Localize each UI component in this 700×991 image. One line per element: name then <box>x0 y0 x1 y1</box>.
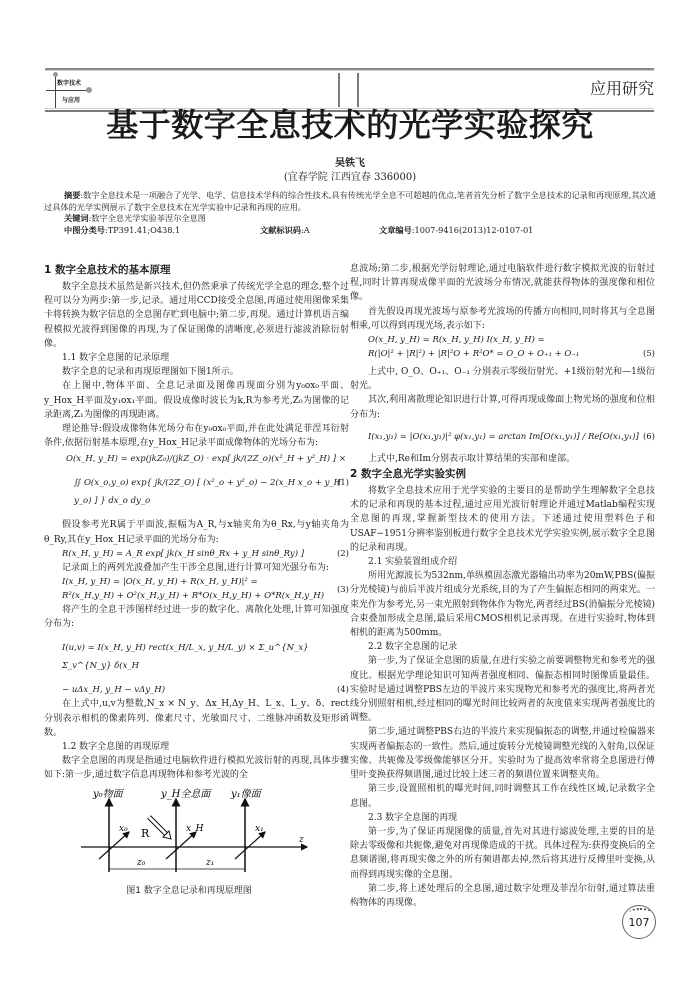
equation-number: (6) <box>643 428 655 446</box>
equation-number: (2) <box>337 547 349 561</box>
equation-6: I(x₁,y₁) = |O(x₁,y₁)|² φ(x₁,y₁) = arctan… <box>350 428 655 446</box>
svg-text:z₀: z₀ <box>136 858 146 868</box>
logo-dot-icon <box>86 87 92 93</box>
keywords-text: :数字全息光学实验菲涅尔全息图 <box>89 213 206 223</box>
label-object-plane: y₀物面 <box>92 788 125 800</box>
equation-text: − uΔx_H, y_H − vΔy_H) <box>62 685 165 695</box>
author-name: 吴铁飞 <box>0 154 700 169</box>
article-no-value: :1007-9416(2013)12-0107-01 <box>412 225 534 235</box>
right-column: 息波场;第二步,根据光学衍射理论,通过电脑软件进行数字模拟光波的衍射过程,同时计… <box>350 262 655 910</box>
clc-label: 中图分类号 <box>64 225 105 235</box>
paragraph: 在上图中,物体平面、全息记录面及图像再现面分别为y₀ox₀平面、y_Hox_H平… <box>44 379 349 422</box>
label-hologram-plane: y_H全息面 <box>160 788 212 800</box>
subsection-heading: 2.1 实验装置组成介绍 <box>350 555 655 569</box>
paragraph: 第一步,为了保证再现图像的质量,首先对其进行滤波处理,主要的目的是除去零级像和共… <box>350 825 655 882</box>
abstract-label: 摘要 <box>64 190 80 200</box>
equation-text: R²(x_H,y_H) + O²(x_H,y_H) + R*O(x_H,y_H)… <box>62 591 324 601</box>
section-label: 应用研究 <box>590 76 654 99</box>
section-heading: 2 数字全息光学实验实例 <box>350 466 655 482</box>
paragraph: 假设参考光R属于平面波,振幅为A_R,与x轴夹角为θ_Rx,与y轴夹角为θ_Ry… <box>44 518 349 546</box>
paragraph: 第二步,将上述处理后的全息图,通过数字处理及菲涅尔衍射,通过算法重构物体的再现像… <box>350 882 655 910</box>
equation-number: (3) <box>337 583 349 597</box>
journal-name-line1: 数字技术 <box>57 78 81 87</box>
equation-5b: R(|O|² + |R|²) + |R|²O + R²O* = O_O + O₊… <box>350 347 655 361</box>
hologram-setup-diagram: y₀物面 y_H全息面 y₁像面 x₀ x_H x₁ R z z₀ z₁ <box>79 787 309 877</box>
paragraph: 第三步,设置照相机的曝光时间,同时调整其工作在线性区域,记录数字全息图。 <box>350 782 655 810</box>
equation-text: R(x_H, y_H) = A_R exp[ jk(x_H sinθ_Rx + … <box>62 549 304 559</box>
keywords-label: 关键词 <box>64 213 89 223</box>
doc-code-value: :A <box>301 225 310 235</box>
equation-number: (5) <box>643 347 655 361</box>
paragraph: 记录面上的两列光波叠加产生干涉全息图,进行计算可知光强分布为: <box>44 561 349 575</box>
article-no-label: 文章编号 <box>379 225 412 235</box>
label-image-plane: y₁像面 <box>230 788 263 800</box>
subsection-heading: 2.3 数字全息图的再现 <box>350 811 655 825</box>
equation-5a: O(x_H, y_H) = R(x_H, y_H) I(x_H, y_H) = <box>350 333 655 347</box>
equation-3a: I(x_H, y_H) = |O(x_H, y_H) + R(x_H, y_H)… <box>44 575 349 589</box>
left-column: 1 数字全息技术的基本原理 数字全息技术虽然是新兴技术,但仍然秉承了传统光学全息… <box>44 262 349 887</box>
equation-1a: O(x_H, y_H) = exp(jkZ₀)/(jkZ_O) · exp[ j… <box>44 450 349 468</box>
paragraph: 其次,利用离散理论知识进行计算,可得再现成像面上物光场的强度和位相分布为: <box>350 393 655 421</box>
paragraph: 数字全息技术虽然是新兴技术,但仍然秉承了传统光学全息的理念,整个过程可以分为两步… <box>44 280 349 351</box>
author-affiliation: (宜春学院 江西宜春 336000) <box>0 168 700 183</box>
paragraph: 第一步,为了保证全息图的质量,在进行实验之前要调整物光和参考光的强度比。根据光学… <box>350 654 655 725</box>
paragraph: 所用光源波长为532nm,单纵模固态激光器输出功率为20mW,PBS(偏振分光棱… <box>350 569 655 640</box>
abstract: 摘要:数字全息技术是一项融合了光学、电学、信息技术学科的综合性技术,具有传统光学… <box>44 189 656 213</box>
equation-1b: ∬ O(x_o,y_o) exp{ jk/(2Z_O) [ (x²_o + y²… <box>44 474 349 510</box>
figure-1-diagram: y₀物面 y_H全息面 y₁像面 x₀ x_H x₁ R z z₀ z₁ 图1 … <box>79 787 309 887</box>
paragraph: 第二步,通过调整PBS右边的半波片来实现偏振态的调整,并通过检偏器来实现两者偏振… <box>350 725 655 782</box>
paragraph: 数字全息的记录和再现原理图如下图1所示。 <box>44 365 349 379</box>
page-number: 107 <box>629 916 650 929</box>
equation-text: R(|O|² + |R|²) + |R|²O + R²O* = O_O + O₊… <box>368 349 579 359</box>
equation-text: I(x₁,y₁) = |O(x₁,y₁)|² φ(x₁,y₁) = arctan… <box>368 432 639 442</box>
header-rule-top <box>45 68 654 71</box>
section-heading: 1 数字全息技术的基本原理 <box>44 262 349 278</box>
equation-number: (1) <box>337 474 349 492</box>
paragraph: 理论推导:假设成像物体光场分布在y₀ox₀平面,并在此处满足菲涅耳衍射条件,依据… <box>44 422 349 450</box>
subsection-heading: 1.1 数字全息图的记录原理 <box>44 351 349 365</box>
equation-2: R(x_H, y_H) = A_R exp[ jk(x_H sinθ_Rx + … <box>44 547 349 561</box>
svg-text:R: R <box>141 827 150 840</box>
paragraph: 数字全息图的再现是指通过电脑软件进行模拟光波衍射的再现,具体步骤如下:第一步,通… <box>44 754 349 782</box>
article-title: 基于数字全息技术的光学实验探究 <box>0 100 700 146</box>
paragraph: 上式中, O_O、O₊₁、O₋₁ 分别表示零级衍射光、+1级衍射光和—1级衍射光… <box>350 365 655 393</box>
equation-3b: R²(x_H,y_H) + O²(x_H,y_H) + R*O(x_H,y_H)… <box>44 589 349 603</box>
svg-text:x₁: x₁ <box>255 824 264 834</box>
paragraph: 将产生的全息干涉图样经过进一步的数字化、离散化处理,计算可知强度分布为: <box>44 603 349 631</box>
logo-horizontal-bar <box>46 90 88 91</box>
equation-4a: I(u,v) = I(x_H, y_H) rect(x_H/L_x, y_H/L… <box>44 639 349 675</box>
equation-4b: − uΔx_H, y_H − vΔy_H)(4) <box>44 683 349 697</box>
logo-dot-icon <box>53 72 58 77</box>
figure-caption: 图1 数字全息记录和再现原理图 <box>79 884 309 898</box>
equation-number: (4) <box>337 683 349 697</box>
svg-text:z: z <box>298 835 304 845</box>
paragraph: 息波场;第二步,根据光学衍射理论,通过电脑软件进行数字模拟光波的衍射过程,同时计… <box>350 262 655 305</box>
subsection-heading: 2.2 数字全息图的记录 <box>350 640 655 654</box>
svg-text:x₀: x₀ <box>119 824 128 834</box>
paragraph: 上式中,Re和Im分别表示取计算结果的实部和虚部。 <box>350 452 655 466</box>
doc-code-label: 文献标识码 <box>260 225 301 235</box>
clc-value: :TP391.41;O438.1 <box>105 225 180 235</box>
paragraph: 在上式中,u,v为整数,N_x × N_y、Δx_H,Δy_H、L_x、L_y、… <box>44 697 349 740</box>
svg-text:z₁: z₁ <box>205 858 214 868</box>
subsection-heading: 1.2 数字全息图的再现原理 <box>44 740 349 754</box>
equation-text: ∬ O(x_o,y_o) exp{ jk/(2Z_O) [ (x²_o + y²… <box>74 478 341 506</box>
page-number-badge: 107 <box>622 905 656 939</box>
keywords: 关键词:数字全息光学实验菲涅尔全息图 <box>64 213 206 224</box>
abstract-text: :数字全息技术是一项融合了光学、电学、信息技术学科的综合性技术,具有传统光学全息… <box>44 190 656 212</box>
svg-text:x_H: x_H <box>186 824 204 834</box>
paragraph: 首先假设再现光波场与原参考光波场的传播方向相同,同时将其与全息图相乘,可以得到再… <box>350 305 655 333</box>
paragraph: 将数字全息技术应用于光学实验的主要目的是帮助学生理解数字全息技术的记录和再现的基… <box>350 484 655 555</box>
